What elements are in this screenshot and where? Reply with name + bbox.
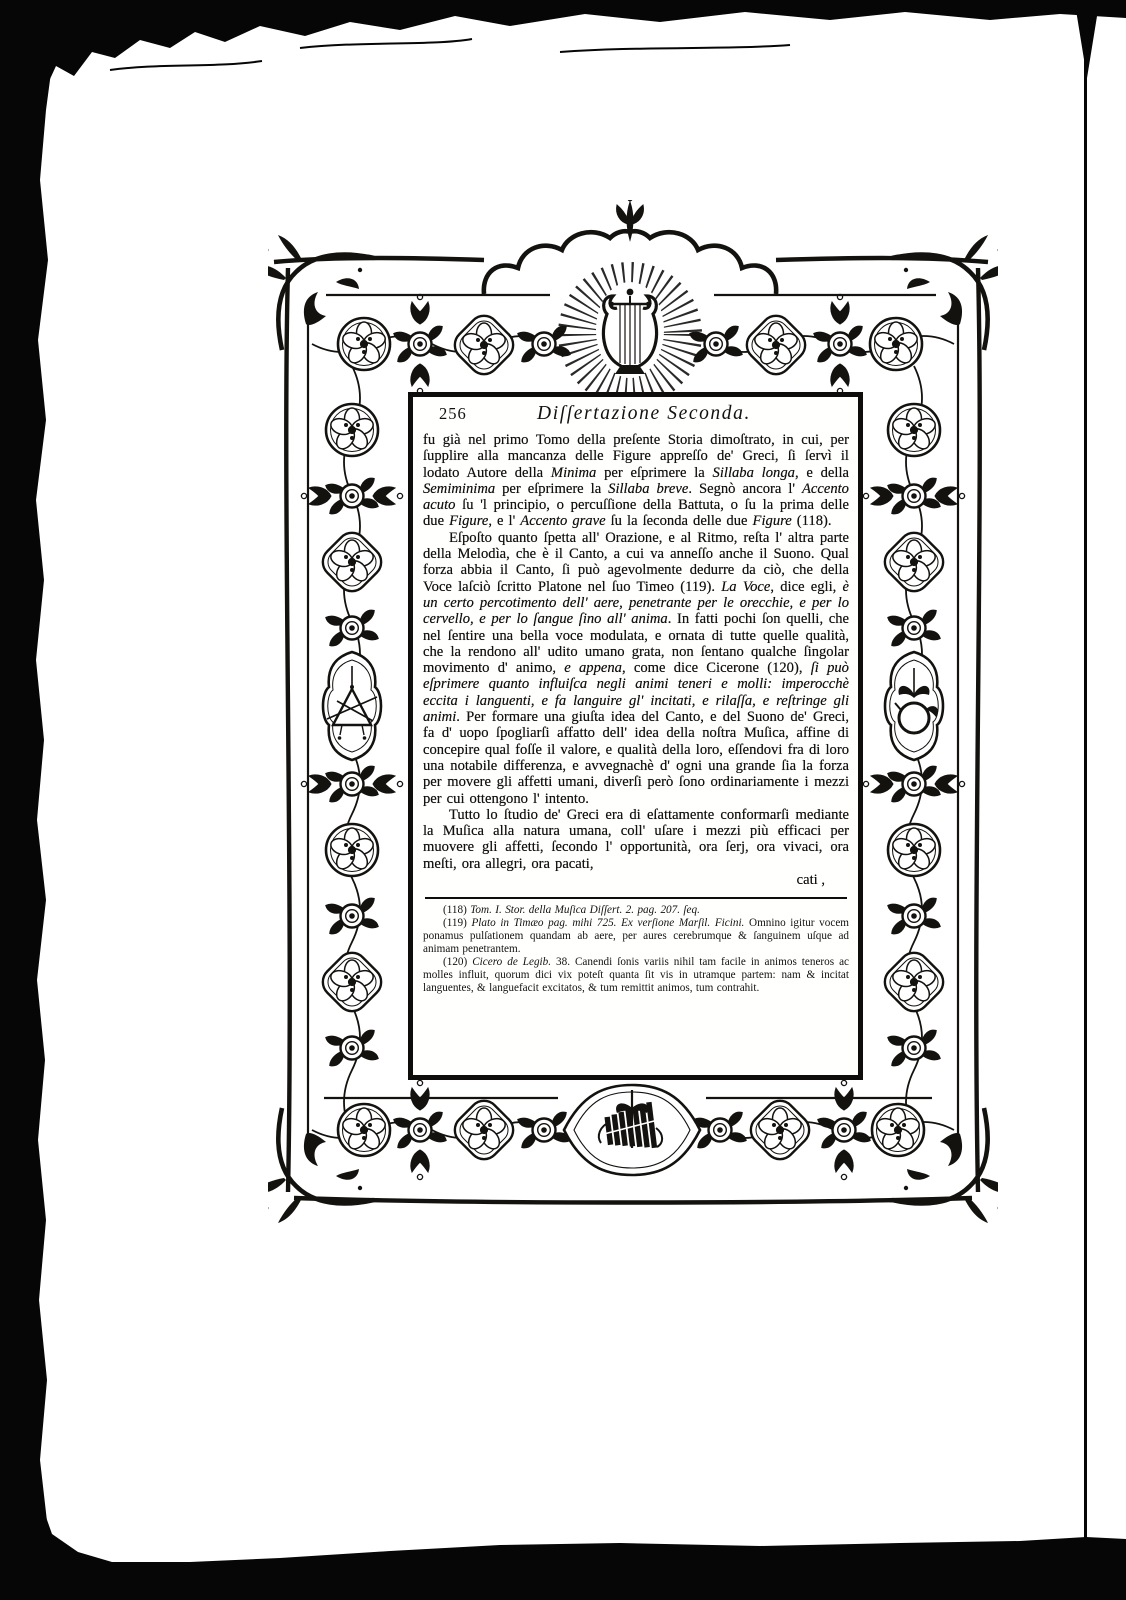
ring-link [886, 608, 942, 648]
quatrefoil-rose-medallion [745, 1095, 816, 1166]
paragraph: fu già nel primo Tomo della preſente Sto… [423, 432, 849, 530]
scan-edge-bottom [0, 1452, 1126, 1600]
ring-link [886, 896, 942, 936]
quatrefoil-rose-medallion [741, 310, 812, 381]
ring-link [886, 764, 942, 804]
page-number: 256 [423, 404, 501, 424]
tulip-ornament [411, 1150, 429, 1180]
running-header: Diſſertazione Seconda. [501, 403, 787, 425]
tulip-ornament [831, 294, 849, 324]
tulip-ornament [935, 487, 965, 505]
gutter-line [1084, 10, 1087, 1545]
ring-link [324, 764, 380, 804]
footnote: (119) Plato in Timæo pag. mihi 725. Ex v… [423, 917, 849, 956]
tulip-ornament [863, 487, 893, 505]
rose-medallion [872, 1104, 924, 1156]
rose-medallion [326, 824, 378, 876]
paragraph: Eſpoſto quanto ſpetta all' Orazione, e a… [423, 530, 849, 807]
quatrefoil-rose-medallion [317, 527, 388, 598]
tulip-ornament [301, 487, 331, 505]
outer-frame-line [976, 268, 979, 1192]
text-frame: 256 Diſſertazione Seconda. fu già nel pr… [408, 392, 863, 1080]
rose-medallion [888, 824, 940, 876]
tulip-ornament [373, 487, 403, 505]
ring-link [392, 1110, 448, 1150]
footnotes: (118) Tom. I. Stor. della Muſica Diſſert… [423, 904, 849, 994]
scan-edge-left [0, 0, 54, 1600]
ring-link [816, 1110, 872, 1150]
lyre-icon [596, 282, 664, 378]
rose-medallion [888, 404, 940, 456]
ring-link [324, 896, 380, 936]
ring-link [324, 608, 380, 648]
footnote-rule [425, 897, 847, 899]
rose-medallion [338, 1104, 390, 1156]
ring-link [324, 476, 380, 516]
tulip-ornament [411, 1080, 429, 1110]
outer-frame-line [274, 258, 484, 262]
quatrefoil-rose-medallion [449, 310, 520, 381]
outer-frame-line [286, 268, 289, 1192]
ring-link [392, 324, 448, 364]
ring-link [812, 324, 868, 364]
footnote: (120) Cicero de Legib. 38. Canendi ſonis… [423, 956, 849, 995]
ring-link [886, 476, 942, 516]
scanned-book-page: 256 Diſſertazione Seconda. fu già nel pr… [0, 0, 1126, 1600]
tulip-ornament [411, 364, 429, 394]
ring-link [324, 1028, 380, 1068]
tulip-ornament [863, 775, 893, 793]
paragraph: Tutto lo ſtudio de' Greci era di eſattam… [423, 807, 849, 872]
tulip-ornament [373, 775, 403, 793]
quatrefoil-rose-medallion [449, 1095, 520, 1166]
pediment-scroll [630, 231, 776, 294]
tulip-ornament [835, 1150, 853, 1180]
quatrefoil-rose-medallion [317, 947, 388, 1018]
tulip-ornament [411, 294, 429, 324]
gutter-line-taper [1076, 10, 1098, 78]
scan-edge-top [0, 0, 1126, 132]
tulip-ornament [835, 1080, 853, 1110]
tulip-ornament [301, 775, 331, 793]
page-header: 256 Diſſertazione Seconda. [423, 403, 849, 425]
rose-medallion [870, 318, 922, 370]
quatrefoil-rose-medallion [879, 947, 950, 1018]
body-text: fu già nel primo Tomo della preſente Sto… [423, 432, 849, 888]
ring-link [886, 1028, 942, 1068]
footnote: (118) Tom. I. Stor. della Muſica Diſſert… [423, 904, 849, 917]
tulip-ornament [831, 364, 849, 394]
rose-medallion [326, 404, 378, 456]
quatrefoil-rose-medallion [879, 527, 950, 598]
outer-frame-line [294, 1198, 972, 1203]
catchword: cati , [423, 872, 849, 888]
rose-medallion [338, 318, 390, 370]
tulip-ornament [935, 775, 965, 793]
